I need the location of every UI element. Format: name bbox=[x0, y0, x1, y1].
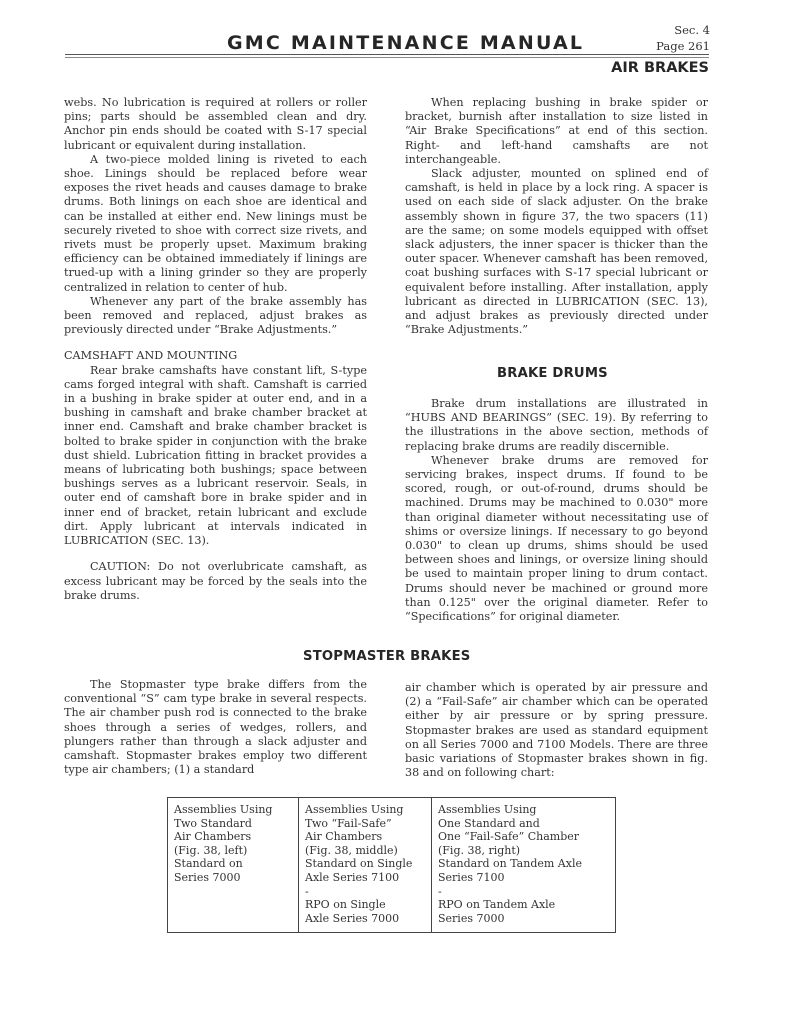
table-line: Standard on Single bbox=[305, 857, 425, 871]
paragraph: Slack adjuster, mounted on splined end o… bbox=[405, 167, 708, 337]
table-column-mixed: Assemblies Using One Standard and One “F… bbox=[432, 798, 615, 932]
subheading-camshaft: CAMSHAFT AND MOUNTING bbox=[64, 349, 367, 363]
page-number: Page 261 bbox=[656, 38, 710, 54]
paragraph: Brake drum installations are illustrated… bbox=[405, 397, 708, 454]
table-line: Air Chambers bbox=[174, 830, 292, 844]
table-line: Assemblies Using bbox=[305, 803, 425, 817]
table-line: Two “Fail-Safe” bbox=[305, 817, 425, 831]
page-reference: Sec. 4 Page 261 bbox=[656, 22, 710, 54]
header-rule-thin bbox=[65, 57, 709, 58]
right-column: When replacing bushing in brake spider o… bbox=[405, 96, 708, 337]
paragraph: webs. No lubrication is required at roll… bbox=[64, 96, 367, 153]
table-column-two-fail-safe: Assemblies Using Two “Fail-Safe” Air Cha… bbox=[299, 798, 432, 932]
table-line: Series 7000 bbox=[438, 912, 609, 926]
table-line: Series 7100 bbox=[438, 871, 609, 885]
table-line: (Fig. 38, middle) bbox=[305, 844, 425, 858]
table-column-two-standard: Assemblies Using Two Standard Air Chambe… bbox=[168, 798, 299, 932]
paragraph: A two-piece molded lining is riveted to … bbox=[64, 153, 367, 295]
table-line: Standard on Tandem Axle bbox=[438, 857, 609, 871]
stopmaster-right: air chamber which is operated by air pre… bbox=[405, 681, 708, 780]
heading-brake-drums: BRAKE DRUMS bbox=[497, 366, 608, 381]
brake-drums-section: Brake drum installations are illustrated… bbox=[405, 397, 708, 624]
table-line: RPO on Tandem Axle bbox=[438, 898, 609, 912]
table-line: - bbox=[305, 885, 425, 899]
table-line: One “Fail-Safe” Chamber bbox=[438, 830, 609, 844]
table-line: Assemblies Using bbox=[174, 803, 292, 817]
table-line: RPO on Single bbox=[305, 898, 425, 912]
table-line: Axle Series 7000 bbox=[305, 912, 425, 926]
table-line: (Fig. 38, left) bbox=[174, 844, 292, 858]
table-line: Assemblies Using bbox=[438, 803, 609, 817]
table-line: Two Standard bbox=[174, 817, 292, 831]
caution-note: CAUTION: Do not overlubricate camshaft, … bbox=[64, 560, 367, 603]
table-line: - bbox=[438, 885, 609, 899]
manual-title: GMC MAINTENANCE MANUAL bbox=[227, 32, 584, 54]
stopmaster-left: The Stopmaster type brake differs from t… bbox=[64, 678, 367, 777]
section-number: Sec. 4 bbox=[656, 22, 710, 38]
paragraph: air chamber which is operated by air pre… bbox=[405, 681, 708, 780]
manual-page: GMC MAINTENANCE MANUAL Sec. 4 Page 261 A… bbox=[0, 0, 786, 1024]
stopmaster-variations-table: Assemblies Using Two Standard Air Chambe… bbox=[167, 797, 616, 933]
paragraph: The Stopmaster type brake differs from t… bbox=[64, 678, 367, 777]
table-line: Air Chambers bbox=[305, 830, 425, 844]
heading-stopmaster-brakes: STOPMASTER BRAKES bbox=[303, 649, 470, 664]
paragraph: Whenever brake drums are removed for ser… bbox=[405, 454, 708, 624]
table-line: (Fig. 38, right) bbox=[438, 844, 609, 858]
header-rule bbox=[65, 54, 709, 55]
section-title: AIR BRAKES bbox=[611, 60, 709, 76]
left-column: webs. No lubrication is required at roll… bbox=[64, 96, 367, 603]
paragraph: Rear brake camshafts have constant lift,… bbox=[64, 364, 367, 549]
table-line: Axle Series 7100 bbox=[305, 871, 425, 885]
paragraph: Whenever any part of the brake assembly … bbox=[64, 295, 367, 338]
paragraph: When replacing bushing in brake spider o… bbox=[405, 96, 708, 167]
table-line: One Standard and bbox=[438, 817, 609, 831]
table-line: Series 7000 bbox=[174, 871, 292, 885]
table-line: Standard on bbox=[174, 857, 292, 871]
